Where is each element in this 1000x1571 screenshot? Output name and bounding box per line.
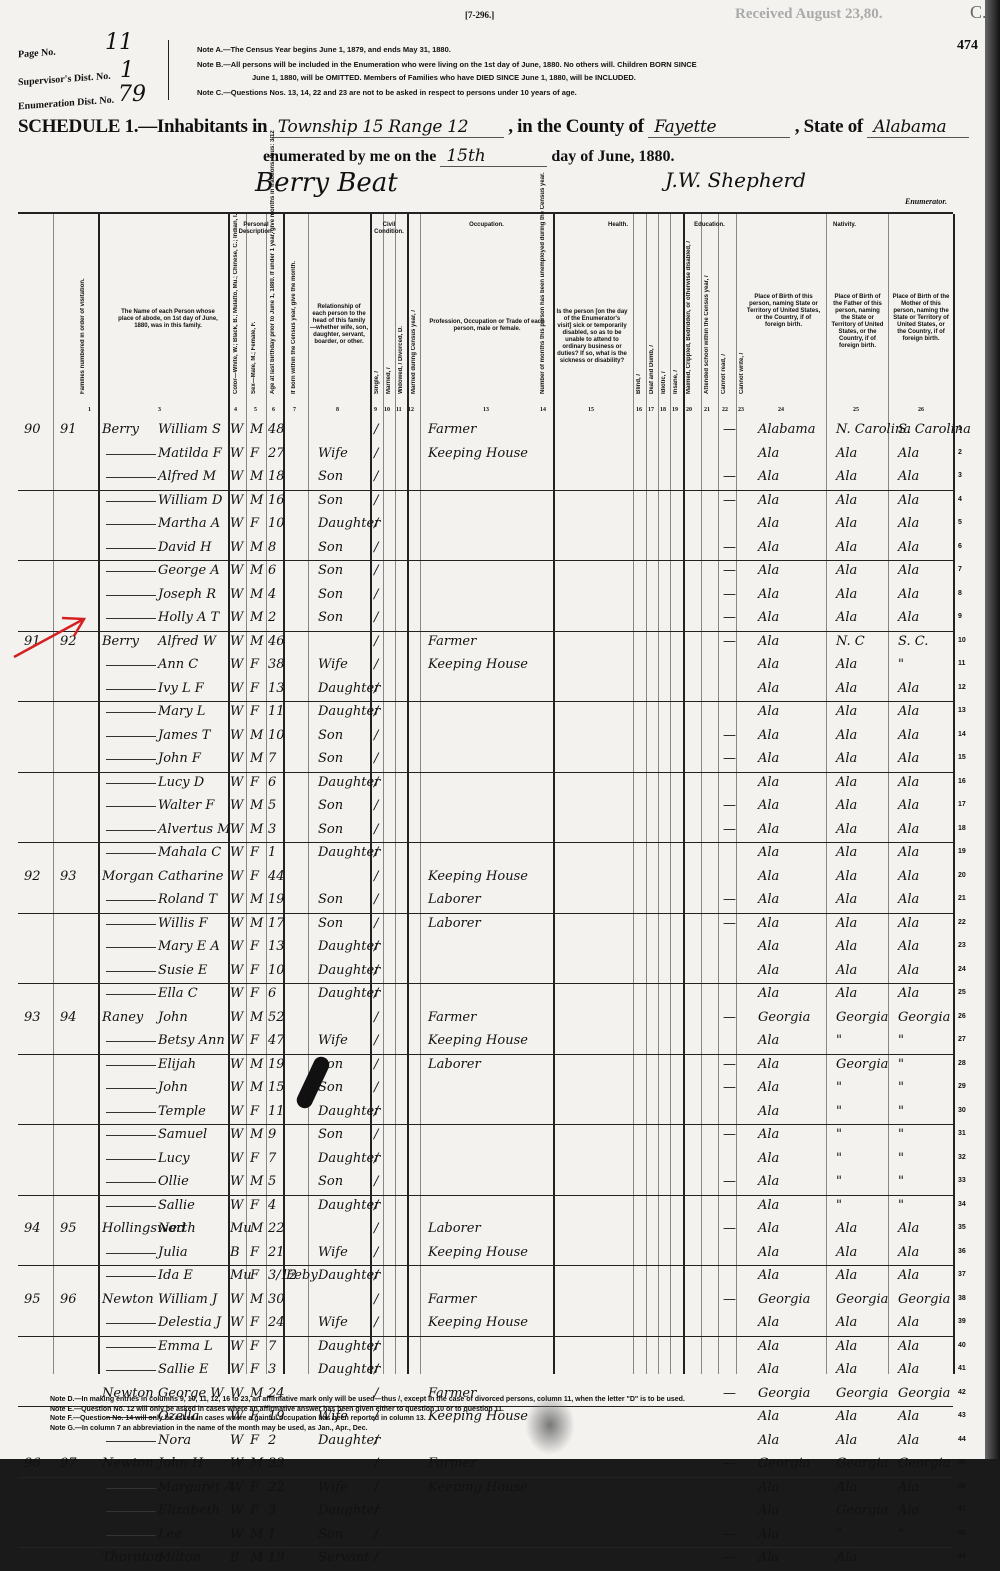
relationship: Daughter [318,704,380,719]
given-name: Willis F [158,916,208,931]
sex: M [250,916,263,931]
line-number: 19 [958,848,966,855]
given-name: Ned [158,1221,185,1236]
school-mark: — [723,1221,736,1236]
line-number: 34 [958,1201,966,1208]
sex: F [250,1433,259,1448]
color: W [230,493,243,508]
birthplace: Ala [758,563,779,578]
civil-mark: / [374,1174,378,1189]
note-b-cont: June 1, 1880, will be OMITTED. Members o… [252,73,636,82]
mother-birthplace: Ala [898,587,919,602]
col-idiotic: Idiotic, / [661,364,667,394]
school-mark: — [723,728,736,743]
relationship: Daughter [318,1362,380,1377]
mother-birthplace: Ala [898,845,919,860]
ditto-dash [106,689,156,690]
sex: M [250,1292,263,1307]
father-birthplace: Ala [836,822,857,837]
given-name: Catharine [158,869,223,884]
line-number: 42 [958,1389,966,1396]
stamped-page-number: 474 [957,38,978,54]
ditto-dash [106,1253,156,1254]
color: W [230,681,243,696]
civil-mark: / [374,1315,378,1330]
line-number: 18 [958,825,966,832]
col-married-census-year: Married during Census year, / [411,304,417,394]
given-name: Alfred M [158,469,216,484]
mother-birthplace: Ala [898,469,919,484]
sex: F [250,446,259,461]
ditto-dash [106,1206,156,1207]
father-birthplace: Ala [836,493,857,508]
father-birthplace: " [836,1174,842,1189]
line-number: 43 [958,1412,966,1419]
age: 3 [268,822,276,837]
page-no-label: Page No. [18,47,56,61]
birthplace: Ala [758,1198,779,1213]
ditto-dash [106,595,156,596]
sex: F [250,681,259,696]
birthplace: Ala [758,916,779,931]
mother-birthplace: " [898,1057,904,1072]
table-row: Ella CWF6Daughter/AlaAlaAla25 [18,983,953,1007]
given-name: Julia [158,1245,188,1260]
col-cannot-write: Cannot write, / [739,344,745,394]
given-name: James T [158,728,210,743]
relationship: Daughter [318,963,380,978]
ditto-dash [106,524,156,525]
father-birthplace: Georgia [836,1057,888,1072]
sex: M [250,610,263,625]
birthplace: Ala [758,728,779,743]
note-e: Note E.—Question No. 12 will only be ask… [50,1405,685,1415]
relationship: Wife [318,1315,348,1330]
line-number: 12 [958,684,966,691]
sex: F [250,845,259,860]
table-row: Emma LWF7Daughter/AlaAlaAla40 [18,1336,953,1360]
given-name: Ann C [158,657,198,672]
table-row: Sallie EWF3Daughter/AlaAlaAla41 [18,1359,953,1383]
sex: F [250,1151,259,1166]
mother-birthplace: " [898,1033,904,1048]
col-relationship: Relationship of each person to the head … [310,304,368,346]
age: 1 [268,845,276,860]
birthplace: Georgia [758,1010,810,1025]
sex: M [250,798,263,813]
ditto-dash [106,924,156,925]
mother-birthplace: Ala [898,892,919,907]
father-birthplace: " [836,1033,842,1048]
age: 19 [268,892,285,907]
civil-mark: / [374,1292,378,1307]
line-number: 35 [958,1224,966,1231]
mother-birthplace: Ala [898,563,919,578]
mother-birthplace: Ala [898,963,919,978]
color: W [230,446,243,461]
father-birthplace: Georgia [836,1386,888,1401]
header-brace [160,40,169,100]
enumeration-label: Enumeration Dist. No. [18,95,114,113]
mother-birthplace: Ala [898,1245,919,1260]
relationship: Daughter [318,1104,380,1119]
school-mark: — [723,1127,736,1142]
birthplace: Ala [758,845,779,860]
line-number: 29 [958,1083,966,1090]
age: 19 [268,1057,285,1072]
ditto-dash [106,783,156,784]
given-name: Ella C [158,986,198,1001]
line-number: 38 [958,1295,966,1302]
age: 5 [268,1174,276,1189]
occupation: Keeping House [428,657,528,672]
surname: Berry [102,634,139,649]
col-married: Married, / [386,334,392,394]
civil-mark: / [374,1362,378,1377]
birthplace: Ala [758,516,779,531]
mother-birthplace: Ala [898,822,919,837]
color: W [230,1315,243,1330]
school-mark: — [723,1292,736,1307]
table-row: Susie EWF10Daughter/AlaAlaAla24 [18,960,953,985]
red-arrow-annotation [12,612,92,662]
line-number: 28 [958,1060,966,1067]
color: Mu [230,1268,252,1283]
occupation: Farmer [428,1010,476,1025]
dwelling-number: 92 [24,869,41,884]
sex: M [250,469,263,484]
civil-mark: / [374,1033,378,1048]
col-birth-month: If born within the Census year, give the… [291,244,297,394]
table-row: Roland TWM19Son/Laborer—AlaAlaAla21 [18,889,953,914]
given-name: Alvertus M [158,822,231,837]
line-number: 23 [958,942,966,949]
given-name: Ida E [158,1268,193,1283]
mother-birthplace: Ala [898,610,919,625]
father-birthplace: Ala [836,1339,857,1354]
age: 13 [268,681,285,696]
ditto-dash [106,501,156,502]
birthplace: Ala [758,1127,779,1142]
col-blind: Blind, / [636,364,642,394]
ditto-dash [106,1441,156,1442]
schedule-title: SCHEDULE 1.—Inhabitants in Township 15 R… [18,116,969,138]
father-birthplace: Ala [836,775,857,790]
line-number: 44 [958,1436,966,1443]
color: W [230,775,243,790]
relationship: Daughter [318,986,380,1001]
relationship: Son [318,493,343,508]
civil-mark: / [374,845,378,860]
color: W [230,657,243,672]
table-row: TempleWF11Daughter/Ala""30 [18,1101,953,1126]
given-name: Lucy D [158,775,204,790]
group-nativity: Nativity. [736,222,953,229]
father-birthplace: Ala [836,563,857,578]
relationship: Son [318,751,343,766]
age: 44 [268,869,285,884]
state-value: Alabama [867,117,969,138]
table-row: SamuelWM9Son/—Ala""31 [18,1124,953,1148]
table-row: OllieWM5Son/—Ala""33 [18,1171,953,1196]
mother-birthplace: Ala [898,798,919,813]
birthplace: Ala [758,775,779,790]
sex: M [250,1080,263,1095]
birthplace: Ala [758,704,779,719]
given-name: Mahala C [158,845,221,860]
mother-birthplace: Ala [898,1221,919,1236]
father-birthplace: Ala [836,1221,857,1236]
dwelling-number: 90 [24,422,41,437]
ditto-dash [106,947,156,948]
age: 6 [268,563,276,578]
mother-birthplace: Ala [898,1268,919,1283]
color: W [230,1127,243,1142]
relationship: Daughter [318,775,380,790]
mother-birthplace: Ala [898,1433,919,1448]
sex: F [250,657,259,672]
occupation: Farmer [428,634,476,649]
civil-mark: / [374,1433,378,1448]
line-number: 22 [958,919,966,926]
ditto-dash [106,853,156,854]
relationship: Wife [318,446,348,461]
note-g: Note G.—In column 7 an abbreviation in t… [50,1424,685,1434]
birthplace: Ala [758,540,779,555]
school-mark: — [723,892,736,907]
given-name: Mary L [158,704,205,719]
col-age: Age at last birthday prior to June 1, 18… [270,244,276,394]
age: 4 [268,1198,276,1213]
sex: F [250,1104,259,1119]
birthplace: Ala [758,587,779,602]
color: W [230,845,243,860]
sex: F [250,1198,259,1213]
mother-birthplace: " [898,657,904,672]
civil-mark: / [374,1221,378,1236]
mother-birthplace: " [898,1198,904,1213]
ditto-dash [106,1112,156,1113]
note-d: Note D.—In making entries in columns 9, … [50,1395,685,1405]
color: W [230,728,243,743]
line-number: 31 [958,1130,966,1137]
mother-birthplace: Georgia [898,1292,950,1307]
civil-mark: / [374,1080,378,1095]
civil-mark: / [374,1198,378,1213]
binding-edge [985,0,1000,1459]
father-birthplace: " [836,1151,842,1166]
col-unemployed: Number of months this person has been un… [540,244,546,394]
relationship: Wife [318,1033,348,1048]
father-birthplace: Ala [836,798,857,813]
father-birthplace: Ala [836,1433,857,1448]
line-number: 25 [958,989,966,996]
table-row: 9394RaneyJohnWM52/Farmer—GeorgiaGeorgiaG… [18,1007,953,1031]
relationship: Daughter [318,1268,380,1283]
relationship: Daughter [318,681,380,696]
school-mark: — [723,822,736,837]
father-birthplace: " [836,1127,842,1142]
color: W [230,1151,243,1166]
color: W [230,1104,243,1119]
received-stamp: Received August 23,80. [735,6,883,23]
mother-birthplace: " [898,1174,904,1189]
surname: Berry [102,422,139,437]
sex: M [250,1174,263,1189]
father-birthplace: Georgia [836,1292,888,1307]
ditto-dash [106,806,156,807]
age: 18 [268,469,285,484]
civil-mark: / [374,493,378,508]
table-row: James TWM10Son/—AlaAlaAla14 [18,725,953,749]
sex: F [250,1033,259,1048]
age: 3 [268,1362,276,1377]
table-row: Walter FWM5Son/—AlaAlaAla17 [18,795,953,819]
father-birthplace: Ala [836,516,857,531]
ditto-dash [106,759,156,760]
table-row: 9495HollingsworthNedMuM22/Laborer—AlaAla… [18,1218,953,1242]
civil-mark: / [374,1104,378,1119]
mother-birthplace: " [898,1151,904,1166]
relationship: Daughter [318,1433,380,1448]
mother-birthplace: Ala [898,516,919,531]
civil-mark: / [374,446,378,461]
mother-birthplace: Ala [898,493,919,508]
sex: M [250,422,263,437]
ditto-dash [106,548,156,549]
birthplace: Alabama [758,422,815,437]
birthplace: Ala [758,1057,779,1072]
footer-notes: Note D.—In making entries in columns 9, … [50,1395,685,1433]
ditto-dash [106,1370,156,1371]
birthplace: Ala [758,1104,779,1119]
relationship: Daughter [318,1151,380,1166]
occupation: Farmer [428,1292,476,1307]
line-number: 32 [958,1154,966,1161]
relationship: Daughter [318,1198,380,1213]
age: 8 [268,540,276,555]
supervisor-value: 1 [120,58,134,83]
birthplace: Ala [758,869,779,884]
line-number: 13 [958,707,966,714]
ditto-dash [106,1041,156,1042]
relationship: Son [318,916,343,931]
sex: M [250,728,263,743]
color: W [230,798,243,813]
given-name: Sallie [158,1198,195,1213]
father-birthplace: " [836,1198,842,1213]
line-number: 7 [958,566,962,573]
col-widowed: Widowed, / Divorced, D. [398,304,404,394]
color: W [230,869,243,884]
birthplace: Ala [758,963,779,978]
col-sex: Sex—Male, M.; Female, F. [251,244,257,394]
surname: Raney [102,1010,143,1025]
color: W [230,1292,243,1307]
civil-mark: / [374,751,378,766]
age: 7 [268,1151,276,1166]
table-row: ElijahWM19Son/Laborer—AlaGeorgia"28 [18,1054,953,1078]
relationship: Daughter [318,1339,380,1354]
birthplace: Ala [758,657,779,672]
civil-mark: / [374,634,378,649]
color: W [230,1033,243,1048]
birthplace: Ala [758,446,779,461]
birthplace: Ala [758,1080,779,1095]
form-code: [7-296.] [465,10,494,20]
father-birthplace: Ala [836,681,857,696]
ditto-dash [106,994,156,995]
mother-birthplace: Ala [898,775,919,790]
civil-mark: / [374,892,378,907]
county-value: Fayette [648,117,790,138]
civil-mark: / [374,563,378,578]
occupation: Keeping House [428,446,528,461]
age: 16 [268,493,285,508]
father-birthplace: Ala [836,1268,857,1283]
occupation: Laborer [428,1057,481,1072]
color: W [230,939,243,954]
given-name: William S [158,422,221,437]
line-number: 30 [958,1107,966,1114]
color: W [230,1057,243,1072]
table-row: 9697NewtonJohn HWM33/Farmer—GeorgiaGeorg… [18,1453,953,1459]
given-name: Holly A T [158,610,219,625]
col-name: The Name of each Person whose place of a… [113,309,223,330]
age: 6 [268,775,276,790]
line-number: 5 [958,519,962,526]
birthplace: Georgia [758,1386,810,1401]
ditto-dash [106,1323,156,1324]
table-row: Alfred MWM18Son/—AlaAlaAla3 [18,466,953,491]
color: W [230,469,243,484]
census-page: [7-296.] Received August 23,80. C. 474 P… [0,0,985,1459]
father-birthplace: " [836,1080,842,1095]
school-mark: — [723,469,736,484]
sex: F [250,1245,259,1260]
given-name: William J [158,1292,217,1307]
line-number: 9 [958,613,962,620]
color: W [230,516,243,531]
sex: F [250,516,259,531]
line-number: 24 [958,966,966,973]
school-mark: — [723,1010,736,1025]
civil-mark: / [374,657,378,672]
enumeration-value: 79 [118,82,146,107]
ditto-dash [106,1159,156,1160]
color: W [230,634,243,649]
father-birthplace: Ala [836,751,857,766]
line-number: 11 [958,660,965,667]
table-row: Willis FWM17Son/Laborer—AlaAlaAla22 [18,913,953,937]
school-mark: — [723,751,736,766]
civil-mark: / [374,469,378,484]
age: 27 [268,446,285,461]
col-cannot-read: Cannot read, / [721,344,727,394]
ditto-dash [106,1347,156,1348]
line-number: 21 [958,895,966,902]
relationship: Son [318,563,343,578]
table-row: Ivy L FWF13Daughter/AlaAlaAla12 [18,678,953,703]
color: W [230,704,243,719]
age: 47 [268,1033,285,1048]
relationship: Son [318,728,343,743]
table-row: 9091BerryWilliam SWM48/Farmer—AlabamaN. … [18,419,953,443]
relationship: Wife [318,657,348,672]
ditto-dash [106,1182,156,1183]
age: 7 [268,751,276,766]
mother-birthplace: Ala [898,704,919,719]
